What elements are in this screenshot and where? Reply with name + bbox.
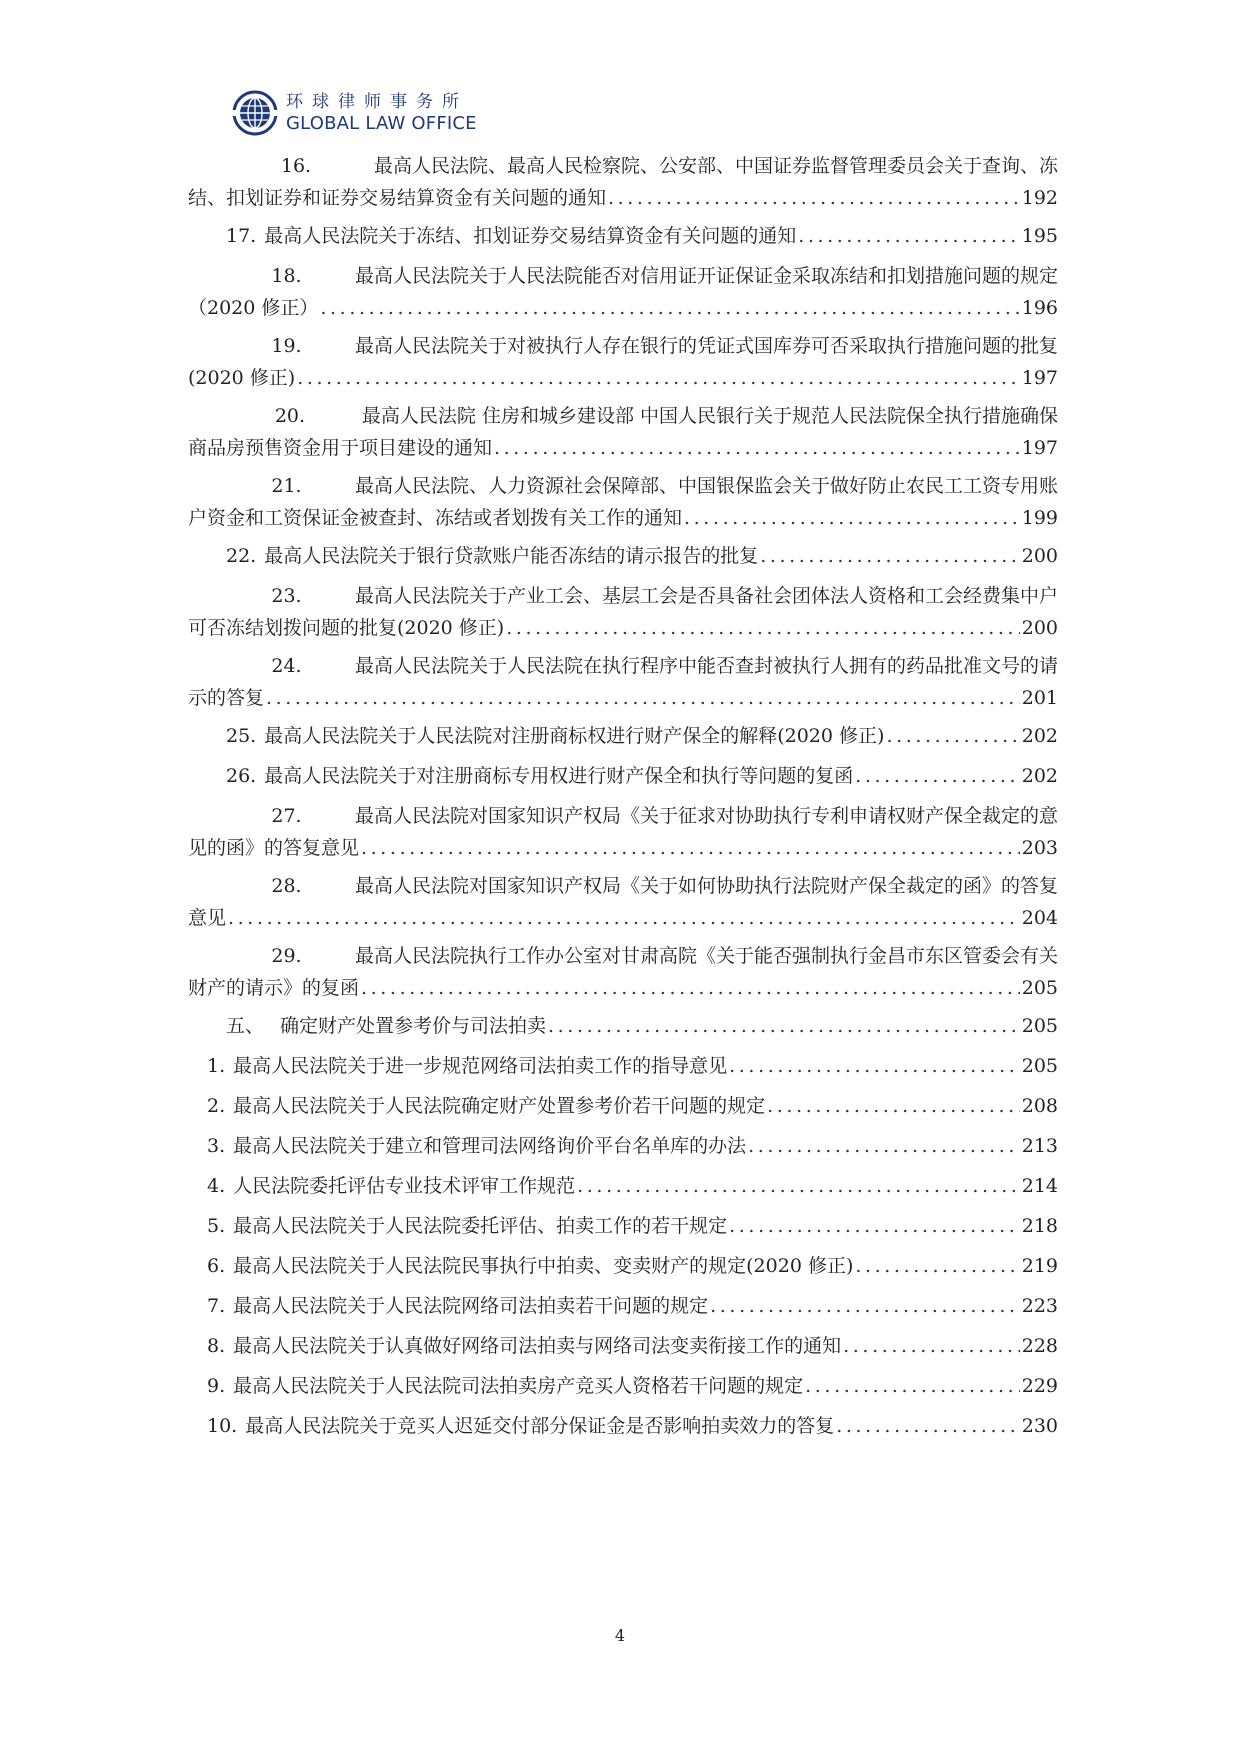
toc-page-number[interactable]: 202 [1022,720,1058,752]
toc-page-number[interactable]: 192 [1022,182,1058,214]
toc-page-number[interactable]: 223 [1022,1290,1058,1322]
toc-entry-number: 五、 [226,1010,264,1042]
dot-leader [361,972,1020,1004]
toc-entry-title: 意见 [188,902,226,934]
toc-entry-title: 最高人民法院关于竞买人迟延交付部分保证金是否影响拍卖效力的答复 [245,1410,834,1442]
toc-entry[interactable]: 18.最高人民法院关于人民法院能否对信用证开证保证金采取冻结和扣划措施问题的规定… [188,260,1058,324]
toc-entry-title: 最高人民法院关于冻结、扣划证券交易结算资金有关问题的通知 [264,220,796,252]
toc-entry[interactable]: 9.最高人民法院关于人民法院司法拍卖房产竞买人资格若干问题的规定229 [188,1370,1058,1402]
toc-page-number[interactable]: 197 [1022,362,1058,394]
toc-entry-title: 最高人民法院关于人民法院网络司法拍卖若干问题的规定 [233,1290,708,1322]
toc-entry-title: 最高人民法院关于产业工会、基层工会是否具备社会团体法人资格和工会经费集中户 [355,580,1058,612]
toc-entry-number: 20. [275,400,305,432]
toc-entry[interactable]: 25.最高人民法院关于人民法院对注册商标权进行财产保全的解释(2020 修正)2… [188,720,1058,752]
toc-entry-number: 5. [207,1210,225,1242]
toc-entry-number: 17. [226,220,256,252]
toc-entry-title: 最高人民法院关于人民法院能否对信用证开证保证金采取冻结和扣划措施问题的规定 [355,260,1058,292]
toc-entry[interactable]: 2.最高人民法院关于人民法院确定财产处置参考价若干问题的规定208 [188,1090,1058,1122]
toc-page-number[interactable]: 195 [1022,220,1058,252]
dot-leader [760,540,1020,572]
toc-entry[interactable]: 21.最高人民法院、人力资源社会保障部、中国银保监会关于做好防止农民工工资专用账… [188,470,1058,534]
toc-entry-number: 2. [207,1090,225,1122]
page-number: 4 [0,1626,1240,1645]
logo-chinese-name: 环球律师事务所 [286,91,477,113]
toc-entry-title: 最高人民法院关于银行贷款账户能否冻结的请示报告的批复 [264,540,758,572]
toc-entry-title: 最高人民法院对国家知识产权局《关于如何协助执行法院财产保全裁定的函》的答复 [355,870,1058,902]
dot-leader [548,1010,1020,1042]
dot-leader [748,1130,1020,1162]
toc-entry-number: 1. [207,1050,225,1082]
toc-entry[interactable]: 8.最高人民法院关于认真做好网络司法拍卖与网络司法变卖衔接工作的通知228 [188,1330,1058,1362]
toc-entry[interactable]: 16.最高人民法院、最高人民检察院、公安部、中国证券监督管理委员会关于查询、冻结… [188,150,1058,214]
toc-page-number[interactable]: 229 [1022,1370,1058,1402]
dot-leader [855,760,1020,792]
toc-entry-number: 3. [207,1130,225,1162]
dot-leader [684,502,1020,534]
toc-entry[interactable]: 23.最高人民法院关于产业工会、基层工会是否具备社会团体法人资格和工会经费集中户… [188,580,1058,644]
toc-entry-title: 最高人民法院执行工作办公室对甘肃高院《关于能否强制执行金昌市东区管委会有关 [355,940,1058,972]
toc-entry[interactable]: 6.最高人民法院关于人民法院民事执行中拍卖、变卖财产的规定(2020 修正)21… [188,1250,1058,1282]
toc-entry-number: 16. [281,150,311,182]
toc-entry-title: 最高人民法院关于人民法院对注册商标权进行财产保全的解释(2020 修正) [264,720,884,752]
toc-entry-title: 最高人民法院关于人民法院在执行程序中能否查封被执行人拥有的药品批准文号的请 [355,650,1058,682]
dot-leader [843,1330,1020,1362]
toc-entry-title: 最高人民法院 住房和城乡建设部 中国人民银行关于规范人民法院保全执行措施确保 [362,400,1058,432]
toc-entry-title: 示的答复 [188,682,264,714]
toc-entry-title: 最高人民法院关于建立和管理司法网络询价平台名单库的办法 [233,1130,746,1162]
toc-page-number[interactable]: 219 [1022,1250,1058,1282]
dot-leader [297,362,1020,394]
toc-entry[interactable]: 3.最高人民法院关于建立和管理司法网络询价平台名单库的办法213 [188,1130,1058,1162]
toc-entry-title: 户资金和工资保证金被查封、冻结或者划拨有关工作的通知 [188,502,682,534]
toc-entry[interactable]: 20.最高人民法院 住房和城乡建设部 中国人民银行关于规范人民法院保全执行措施确… [188,400,1058,464]
toc-page-number[interactable]: 218 [1022,1210,1058,1242]
toc-entry-title: 可否冻结划拨问题的批复(2020 修正) [188,612,504,644]
toc-entry-title: （2020 修正） [188,292,318,324]
toc-page-number[interactable]: 205 [1022,1050,1058,1082]
dot-leader [494,432,1020,464]
toc-page-number[interactable]: 200 [1022,612,1058,644]
dot-leader [729,1050,1020,1082]
toc-entry-number: 7. [207,1290,225,1322]
toc-entry[interactable]: 26.最高人民法院关于对注册商标专用权进行财产保全和执行等问题的复函202 [188,760,1058,792]
toc-entry-title: 最高人民法院关于对注册商标专用权进行财产保全和执行等问题的复函 [264,760,853,792]
toc-page-number[interactable]: 203 [1022,832,1058,864]
toc-entry-title: 最高人民法院、人力资源社会保障部、中国银保监会关于做好防止农民工工资专用账 [355,470,1058,502]
dot-leader [886,720,1019,752]
toc-entry-number: 23. [271,580,301,612]
dot-leader [608,182,1020,214]
toc-entry-title: 最高人民法院关于人民法院司法拍卖房产竞买人资格若干问题的规定 [233,1370,803,1402]
toc-entry-title: 最高人民法院关于人民法院确定财产处置参考价若干问题的规定 [233,1090,765,1122]
toc-entry-number: 26. [226,760,256,792]
toc-entry-title: 确定财产处置参考价与司法拍卖 [280,1010,546,1042]
toc-entry-title: 最高人民法院关于对被执行人存在银行的凭证式国库券可否采取执行措施问题的批复 [355,330,1058,362]
dot-leader [836,1410,1020,1442]
toc-entry-number: 19. [271,330,301,362]
toc-entry-number: 18. [271,260,301,292]
toc-page-number[interactable]: 214 [1022,1170,1058,1202]
toc-page-number[interactable]: 205 [1022,972,1058,1004]
toc-page-number[interactable]: 200 [1022,540,1058,572]
dot-leader [228,902,1020,934]
dot-leader [805,1370,1020,1402]
dot-leader [361,832,1020,864]
dot-leader [320,292,1019,324]
toc-entry-number: 6. [207,1250,225,1282]
toc-entry-number: 27. [271,800,301,832]
toc-entry-number: 8. [207,1330,225,1362]
toc-entry-title: 商品房预售资金用于项目建设的通知 [188,432,492,464]
toc-page-number[interactable]: 201 [1022,682,1058,714]
toc-page-number[interactable]: 197 [1022,432,1058,464]
globe-icon [232,90,278,136]
toc-entry[interactable]: 28.最高人民法院对国家知识产权局《关于如何协助执行法院财产保全裁定的函》的答复… [188,870,1058,934]
dot-leader [506,612,1020,644]
toc-entry-title: 最高人民法院关于进一步规范网络司法拍卖工作的指导意见 [233,1050,727,1082]
toc-entry-number: 9. [207,1370,225,1402]
dot-leader [729,1210,1020,1242]
toc-entry[interactable]: 19.最高人民法院关于对被执行人存在银行的凭证式国库券可否采取执行措施问题的批复… [188,330,1058,394]
toc-entry[interactable]: 10.最高人民法院关于竞买人迟延交付部分保证金是否影响拍卖效力的答复230 [188,1410,1058,1442]
toc-entry-number: 25. [226,720,256,752]
toc-entry[interactable]: 27.最高人民法院对国家知识产权局《关于征求对协助执行专利申请权财产保全裁定的意… [188,800,1058,864]
toc-page-number[interactable]: 213 [1022,1130,1058,1162]
toc-section-heading[interactable]: 五、确定财产处置参考价与司法拍卖205 [188,1010,1058,1042]
toc-entry-title: 最高人民法院关于认真做好网络司法拍卖与网络司法变卖衔接工作的通知 [233,1330,841,1362]
toc-entry-number: 22. [226,540,256,572]
toc-entry[interactable]: 24.最高人民法院关于人民法院在执行程序中能否查封被执行人拥有的药品批准文号的请… [188,650,1058,714]
toc-entry-title: 最高人民法院关于人民法院委托评估、拍卖工作的若干规定 [233,1210,727,1242]
toc-entry[interactable]: 1.最高人民法院关于进一步规范网络司法拍卖工作的指导意见205 [188,1050,1058,1082]
toc-entry[interactable]: 5.最高人民法院关于人民法院委托评估、拍卖工作的若干规定218 [188,1210,1058,1242]
toc-page-number[interactable]: 208 [1022,1090,1058,1122]
toc-entry[interactable]: 22.最高人民法院关于银行贷款账户能否冻结的请示报告的批复200 [188,540,1058,572]
dot-leader [855,1250,1019,1282]
toc-entry[interactable]: 17.最高人民法院关于冻结、扣划证券交易结算资金有关问题的通知195 [188,220,1058,252]
toc-entry[interactable]: 7.最高人民法院关于人民法院网络司法拍卖若干问题的规定223 [188,1290,1058,1322]
toc-page-number[interactable]: 228 [1022,1330,1058,1362]
dot-leader [266,682,1020,714]
toc-entry-title: 财产的请示》的复函 [188,972,359,1004]
toc-entry-number: 4. [207,1170,225,1202]
dot-leader [798,220,1020,252]
toc-entry-title: 结、扣划证券和证券交易结算资金有关问题的通知 [188,182,606,214]
toc-page-number[interactable]: 196 [1022,292,1058,324]
toc-page-number[interactable]: 205 [1022,1010,1058,1042]
toc-entry-number: 21. [271,470,301,502]
toc-entry-title: 最高人民法院对国家知识产权局《关于征求对协助执行专利申请权财产保全裁定的意 [355,800,1058,832]
toc-entry-number: 28. [271,870,301,902]
toc-entry-title: 最高人民法院关于人民法院民事执行中拍卖、变卖财产的规定(2020 修正) [233,1250,853,1282]
toc-page-number[interactable]: 199 [1022,502,1058,534]
dot-leader [710,1290,1020,1322]
toc-entry-number: 10. [207,1410,237,1442]
logo-english-name: GLOBAL LAW OFFICE [286,113,477,135]
toc-entry-number: 24. [271,650,301,682]
toc-entry-title: 人民法院委托评估专业技术评审工作规范 [233,1170,575,1202]
toc-page-number[interactable]: 204 [1022,902,1058,934]
toc-entry[interactable]: 29.最高人民法院执行工作办公室对甘肃高院《关于能否强制执行金昌市东区管委会有关… [188,940,1058,1004]
toc-page-number[interactable]: 230 [1022,1410,1058,1442]
toc-page-number[interactable]: 202 [1022,760,1058,792]
dot-leader [767,1090,1020,1122]
toc-entry[interactable]: 4.人民法院委托评估专业技术评审工作规范214 [188,1170,1058,1202]
toc-entry-title: 见的函》的答复意见 [188,832,359,864]
law-office-logo: 环球律师事务所 GLOBAL LAW OFFICE [232,88,477,138]
toc-entry-number: 29. [271,940,301,972]
dot-leader [577,1170,1020,1202]
toc-entry-title: 最高人民法院、最高人民检察院、公安部、中国证券监督管理委员会关于查询、冻 [374,150,1058,182]
toc-entry-title: (2020 修正) [188,362,295,394]
